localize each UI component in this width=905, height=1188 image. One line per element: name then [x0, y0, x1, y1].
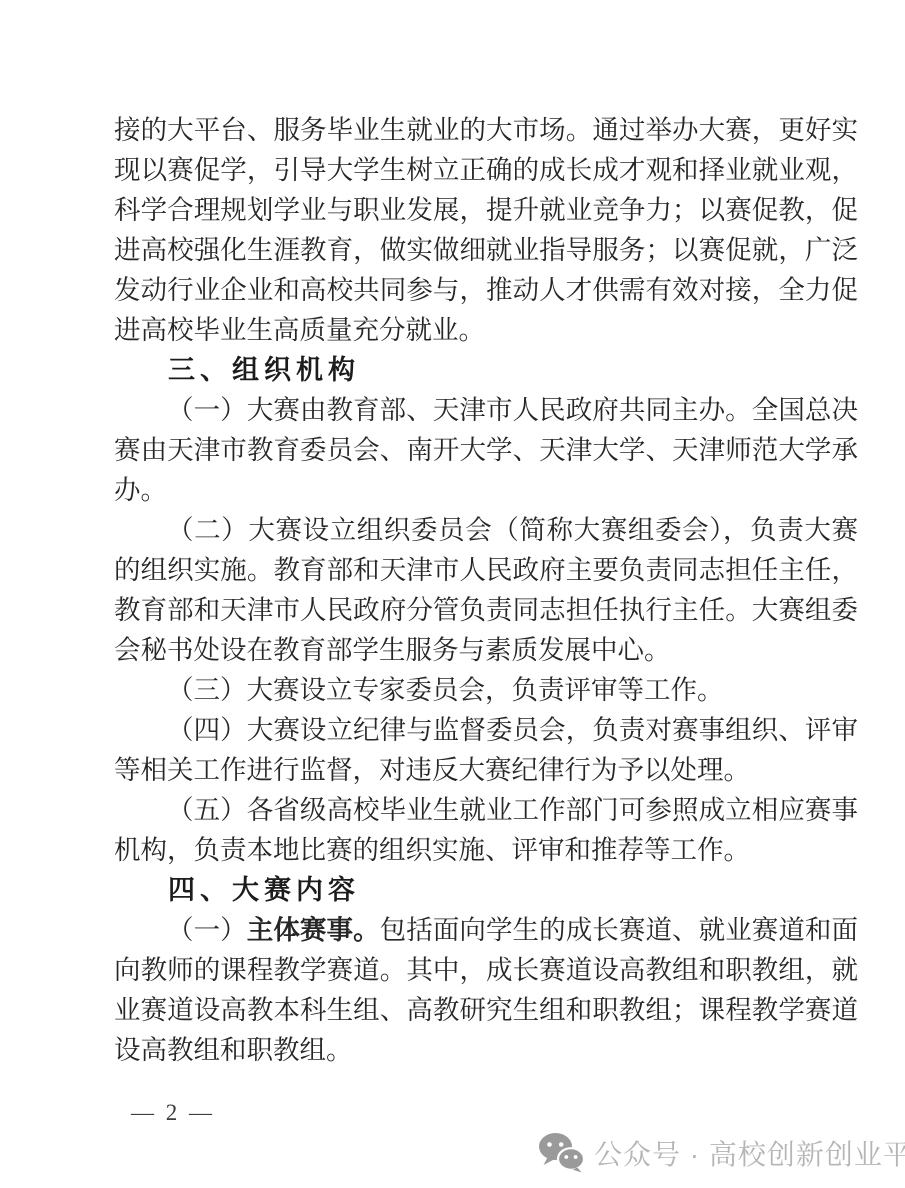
- page-number: — 2 —: [131, 1100, 215, 1126]
- section-3-item-4: （四）大赛设立纪律与监督委员会，负责对赛事组织、评审等相关工作进行监督，对违反大…: [114, 710, 858, 790]
- paragraph-intro: 接的大平台、服务毕业生就业的大市场。通过举办大赛，更好实现以赛促学，引导大学生树…: [114, 110, 858, 350]
- wechat-icon: [538, 1132, 585, 1173]
- document-body: 接的大平台、服务毕业生就业的大市场。通过举办大赛，更好实现以赛促学，引导大学生树…: [114, 110, 858, 1070]
- section-4-item-1: （一）主体赛事。包括面向学生的成长赛道、就业赛道和面向教师的课程教学赛道。其中，…: [114, 910, 858, 1070]
- section-3-item-5: （五）各省级高校毕业生就业工作部门可参照成立相应赛事机构，负责本地比赛的组织实施…: [114, 790, 858, 870]
- watermark: 公众号 · 高校创新创业平台: [538, 1132, 905, 1173]
- document-page: 接的大平台、服务毕业生就业的大市场。通过举办大赛，更好实现以赛促学，引导大学生树…: [0, 0, 905, 1188]
- section-3-item-1: （一）大赛由教育部、天津市人民政府共同主办。全国总决赛由天津市教育委员会、南开大…: [114, 390, 858, 510]
- section-3-heading: 三、组织机构: [114, 350, 858, 390]
- section-3-item-3: （三）大赛设立专家委员会，负责评审等工作。: [114, 670, 858, 710]
- watermark-text: 公众号 · 高校创新创业平台: [594, 1133, 905, 1173]
- item-term: 主体赛事。: [247, 915, 380, 945]
- section-4-heading: 四、大赛内容: [114, 870, 858, 910]
- section-3-item-2: （二）大赛设立组织委员会（简称大赛组委会），负责大赛的组织实施。教育部和天津市人…: [114, 510, 858, 670]
- item-label: （一）: [167, 915, 247, 945]
